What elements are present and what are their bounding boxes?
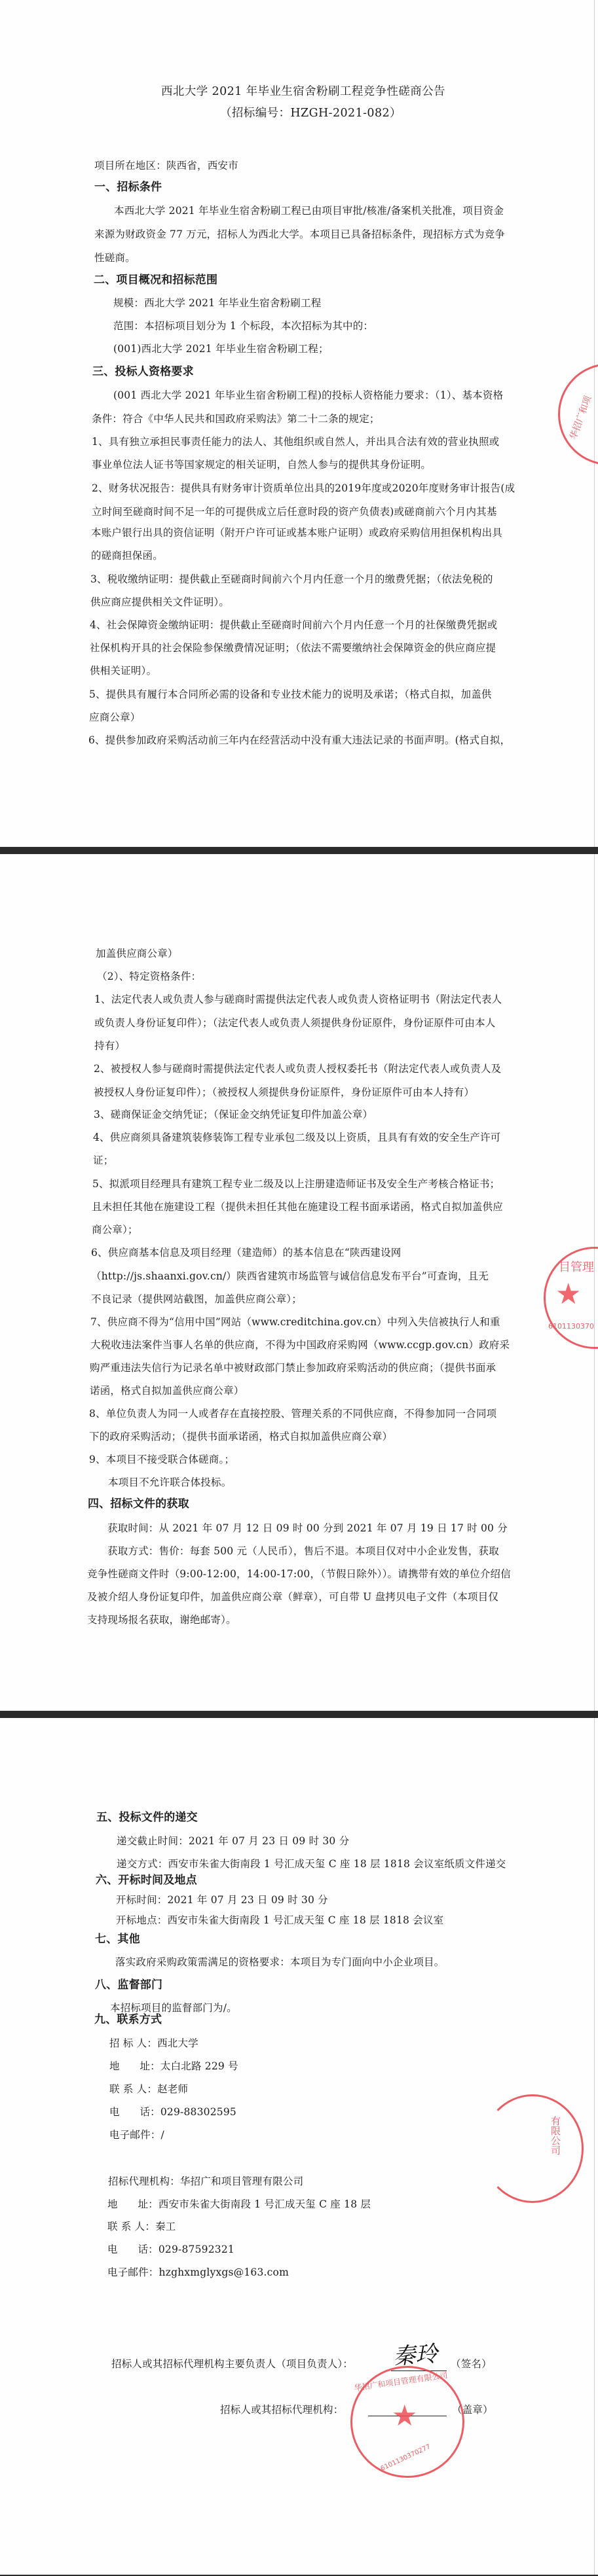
page-3: 五、投标文件的递交 递交截止时间：2021 年 07 月 23 日 09 时 3…: [0, 1718, 598, 2575]
seal-text: 华招广和项: [567, 394, 595, 442]
star-icon: ★: [555, 1280, 581, 1309]
company-seal-partial: 目管理 ★ 6101130370: [544, 1247, 598, 1349]
paragraph-line: 5、拟派项目经理具有建筑工程专业二级及以上注册建造师证书及安全生产考核合格证书；: [92, 1177, 500, 1190]
paragraph-line: 6、供应商基本信息及项目经理（建造师）的基本信息在“陕西建设网: [91, 1246, 402, 1259]
paragraph-line: 证；: [93, 1154, 113, 1167]
paragraph-line: 1、具有独立承担民事责任能力的法人、其他组织或自然人，并出具合法有效的营业执照或: [92, 435, 499, 448]
paragraph-line: 递交截止时间：2021 年 07 月 23 日 09 时 30 分: [117, 1834, 349, 1848]
paragraph-line: 本项目不允许联合体投标。: [108, 1476, 231, 1489]
signatory-label: 招标人或其招标代理机构主要负责人（项目负责人）：: [111, 2357, 353, 2370]
label: 地 址：: [109, 2060, 160, 2072]
section-heading-9: 九、联系方式: [94, 2013, 162, 2026]
paragraph-line: 递交方式：西安市朱雀大街南段 1 号汇成天玺 C 座 18 层 1818 会议室…: [117, 1857, 506, 1870]
signature-suffix: （签名）: [451, 2357, 492, 2370]
paragraph-line: 商公章）；: [92, 1223, 138, 1236]
agency-address-row: 地 址：西安市朱雀大街南段 1 号汇成天玺 C 座 18 层: [107, 2198, 371, 2211]
paragraph-line: 竞争性磋商文件时（9:00-12:00，14:00-17:00，（节假日除外））…: [87, 1567, 511, 1581]
tenderer-email: /: [161, 2129, 164, 2141]
paragraph-line: 的磋商担保函。: [91, 549, 163, 562]
paragraph-line: 购严重违法失信行为记录名单中被财政部门禁止参加政府采购活动的供应商；（提供书面承: [90, 1361, 496, 1374]
section-heading-6: 六、开标时间及地点: [96, 1874, 197, 1887]
tenderer-contact-row: 联 系 人：赵老师: [109, 2083, 188, 2096]
paragraph-line: 条件：符合《中华人民共和国政府采购法》第二十二条的规定；: [92, 412, 380, 425]
project-region: 项目所在地区：陕西省，西安市: [94, 159, 238, 172]
paragraph-line: (001 西北大学 2021 年毕业生宿舍粉刷工程)的投标人资格能力要求：（1）…: [113, 389, 503, 402]
label: 电子邮件：: [109, 2129, 161, 2141]
paragraph-line: (001)西北大学 2021 年毕业生宿舍粉刷工程；: [113, 342, 329, 355]
section-heading-8: 八、监督部门: [95, 1978, 162, 1992]
paragraph-line: 8、单位负责人为同一人或者存在直接控股、管理关系的不同供应商，不得参加同一合同项: [89, 1407, 496, 1420]
paragraph-line: 支持现场报名获取，谢绝邮寄）。: [87, 1613, 236, 1626]
agency-contact-row: 联 系 人：秦工: [107, 2220, 176, 2233]
agency-phone-row: 电 话：029-87592321: [107, 2243, 234, 2256]
paragraph-line: 持有）: [94, 1039, 125, 1052]
paragraph-line: 不良记录（提供网站截图，加盖供应商公章）；: [91, 1293, 302, 1306]
page-edge: [594, 1718, 595, 2575]
section-heading-5: 五、投标文件的递交: [96, 1811, 198, 1824]
paragraph-line: 3、税收缴纳证明：提供截止至磋商时间前六个月内任意一个月的缴费凭据；（依法免税的: [90, 573, 493, 586]
tenderer-address-row: 地 址：太白北路 229 号: [109, 2060, 238, 2073]
paragraph-line: 开标时间：2021 年 07 月 23 日 09 时 30 分: [116, 1893, 328, 1906]
company-seal-partial: 华招广和项: [558, 363, 598, 465]
tenderer-phone: 029-88302595: [160, 2106, 236, 2118]
paragraph-line: 规模：西北大学 2021 年毕业生宿舍粉刷工程: [113, 296, 321, 310]
agency-email: hzghxmglyxgs@163.com: [159, 2266, 289, 2278]
paragraph-line: 性磋商。: [94, 251, 136, 264]
agency-name: 华招广和项目管理有限公司: [180, 2175, 303, 2187]
seal-text: 目管理: [559, 1258, 594, 1275]
tenderer-contact: 赵老师: [157, 2083, 188, 2095]
seal-code: 6101130370277: [380, 2443, 432, 2473]
seal-text: 有限公司: [549, 2116, 563, 2155]
handwritten-signature: 秦玲: [392, 2336, 438, 2371]
paragraph-line: 3、磋商保证金交纳凭证；（保证金交纳凭证复印件加盖公章）: [94, 1108, 373, 1121]
paragraph-line: 来源为财政资金 77 万元，招标人为西北大学。本项目已具备招标条件，现招标方式为…: [94, 228, 505, 241]
agency-name-row: 招标代理机构：华招广和项目管理有限公司: [108, 2175, 303, 2188]
tenderer-email-row: 电子邮件：/: [109, 2128, 164, 2141]
paragraph-line: 供应商应提供相关文件证明）。: [90, 596, 229, 609]
paragraph-line: 开标地点：西安市朱雀大街南段 1 号汇成天玺 C 座 18 层 1818 会议室: [116, 1914, 443, 1927]
paragraph-line: 7、供应商不得为“信用中国”网站（www.creditchina.gov.cn）…: [90, 1315, 500, 1329]
paragraph-line: 社保机构开具的社会保险参保缴费情况证明；（依法不需要缴纳社会保障资金的供应商应提: [90, 641, 496, 654]
paragraph-line: 6、提供参加政府采购活动前三年内在经营活动中没有重大违法记录的书面声明。(格式自…: [88, 734, 510, 747]
company-seal-partial: 有限公司: [481, 2094, 584, 2203]
paragraph-line: 1、法定代表人或负责人参与磋商时需提供法定代表人或负责人资格证明书（附法定代表人: [94, 993, 502, 1006]
section-heading-1: 一、招标条件: [94, 181, 162, 194]
paragraph-line: 4、供应商须具备建筑装修装饰工程专业承包二级及以上资质，且具有有效的安全生产许可: [93, 1131, 500, 1144]
label: 联 系 人：: [109, 2083, 157, 2095]
paragraph-line: 获取方式：售价：每套 500 元（人民币），售后不退。本项目仅对中小企业发售，获…: [107, 1545, 499, 1558]
paragraph-line: 事业单位法人证书等国家规定的相关证明，自然人参与的提供其身份证明。: [92, 458, 431, 471]
seal-code: 6101130370: [548, 1322, 594, 1331]
label: 联 系 人：: [107, 2221, 155, 2232]
label: 电子邮件：: [107, 2266, 159, 2278]
page-separator: [0, 1711, 598, 1718]
agency-address: 西安市朱雀大街南段 1 号汇成天玺 C 座 18 层: [159, 2198, 371, 2210]
section-heading-7: 七、其他: [95, 1933, 140, 1946]
label: 招 标 人：: [109, 2037, 157, 2049]
paragraph-line: 应商公章）: [89, 711, 141, 724]
page-1: 西北大学 2021 年毕业生宿舍粉刷工程竞争性磋商公告 （招标编号：HZGH-2…: [0, 0, 598, 847]
agency-contact: 秦工: [155, 2221, 176, 2232]
paragraph-line: 获取时间：从 2021 年 07 月 12 日 09 时 00 分到 2021 …: [107, 1522, 508, 1535]
section-heading-4: 四、招标文件的获取: [88, 1497, 189, 1511]
document-title: 西北大学 2021 年毕业生宿舍粉刷工程竞争性磋商公告: [161, 85, 445, 98]
paragraph-line: 或负责人身份证复印件）；（法定代表人或负责人须提供身份证原件，身份证原件可由本人: [94, 1016, 496, 1029]
paragraph-line: 及被介绍人身份证复印件，加盖供应商公章（鲜章），可自带 U 盘拷贝电子文件（本项…: [87, 1590, 498, 1603]
paragraph-line: 2、被授权人参与磋商时需提供法定代表人或负责人授权委托书（附法定代表人或负责人及: [94, 1062, 501, 1075]
paragraph-line: 2、财务状况报告：提供具有财务审计资质单位出具的2019年度或2020年度财务审…: [92, 482, 515, 495]
paragraph-line: 4、社会保障资金缴纳证明：提供截止至磋商时间前六个月内任意一个月的社保缴费凭据或: [90, 618, 497, 632]
seal-label: 招标人或其招标代理机构：: [220, 2403, 343, 2416]
paragraph-line: 且未担任其他在施建设工程（提供未担任其他在施建设工程书面承诺函，格式自拟加盖供应: [92, 1200, 503, 1213]
paragraph-line: （2）、特定资格条件：: [97, 970, 201, 983]
label: 招标代理机构：: [108, 2175, 180, 2187]
paragraph-line: 立时间至磋商时间不足一年的可提供成立后任意时段的资产负债表)或磋商前六个月内其基: [92, 505, 497, 518]
star-icon: ★: [392, 2402, 417, 2431]
tenderer-phone-row: 电 话：029-88302595: [109, 2105, 236, 2119]
paragraph-line: 供相关证明）。: [90, 664, 157, 677]
paragraph-line: 本账户银行出具的资信证明（附开户许可证或基本账户证明）或政府采购信用担保机构出具: [91, 526, 502, 539]
page-separator: [0, 847, 598, 854]
paragraph-line: 范围：本招标项目划分为 1 个标段，本次招标为其中的：: [113, 319, 373, 332]
paragraph-line: （http://js.shaanxi.gov.cn/）陕西省建筑市场监管与诚信信…: [91, 1270, 489, 1283]
tenderer-name: 西北大学: [157, 2037, 198, 2049]
bid-number: （招标编号：HZGH-2021-082）: [220, 107, 402, 120]
label: 电 话：: [109, 2106, 160, 2118]
paragraph-line: 本招标项目的监督部门为/。: [110, 2001, 237, 2014]
seal-text: 华招广和项目管理有限公司: [354, 2369, 449, 2393]
paragraph-line: 下的政府采购活动；（提供书面承诺函，格式自拟加盖供应商公章）: [89, 1430, 392, 1443]
paragraph-line: 大税收违法案件当事人名单的供应商，不得为中国政府采购网（www.ccgp.gov…: [90, 1338, 510, 1351]
paragraph-line: 5、提供具有履行本合同所必需的设备和专业技术能力的说明及承诺；（格式自拟，加盖供: [89, 688, 492, 701]
agency-phone: 029-87592321: [159, 2244, 234, 2255]
paragraph-line: 落实政府采购政策需满足的资格要求：本项目为专门面向中小企业项目。: [115, 1956, 444, 1969]
section-heading-3: 三、投标人资格要求: [92, 365, 194, 378]
paragraph-line: 加盖供应商公章）: [96, 947, 178, 960]
company-seal: 华招广和项目管理有限公司 ★ 6101130370277: [350, 2366, 464, 2478]
label: 电 话：: [107, 2244, 159, 2255]
tenderer-name-row: 招 标 人：西北大学: [109, 2037, 198, 2050]
agency-email-row: 电子邮件：hzghxmglyxgs@163.com: [107, 2266, 289, 2279]
label: 地 址：: [107, 2198, 159, 2210]
tenderer-address: 太白北路 229 号: [160, 2060, 238, 2072]
paragraph-line: 9、本项目不接受联合体磋商。；: [89, 1453, 234, 1466]
paragraph-line: 本西北大学 2021 年毕业生宿舍粉刷工程已由项目审批/核准/备案机关批准，项目…: [114, 204, 504, 217]
page-2: 加盖供应商公章） （2）、特定资格条件： 1、法定代表人或负责人参与磋商时需提供…: [0, 854, 598, 1711]
section-heading-2: 二、项目概况和招标范围: [94, 274, 217, 287]
paragraph-line: 被授权人身份证复印件）；（被授权人须提供身份证原件，身份证原件可由本人持有）: [94, 1086, 474, 1099]
paragraph-line: 诺函，格式自拟加盖供应商公章）: [90, 1384, 244, 1397]
